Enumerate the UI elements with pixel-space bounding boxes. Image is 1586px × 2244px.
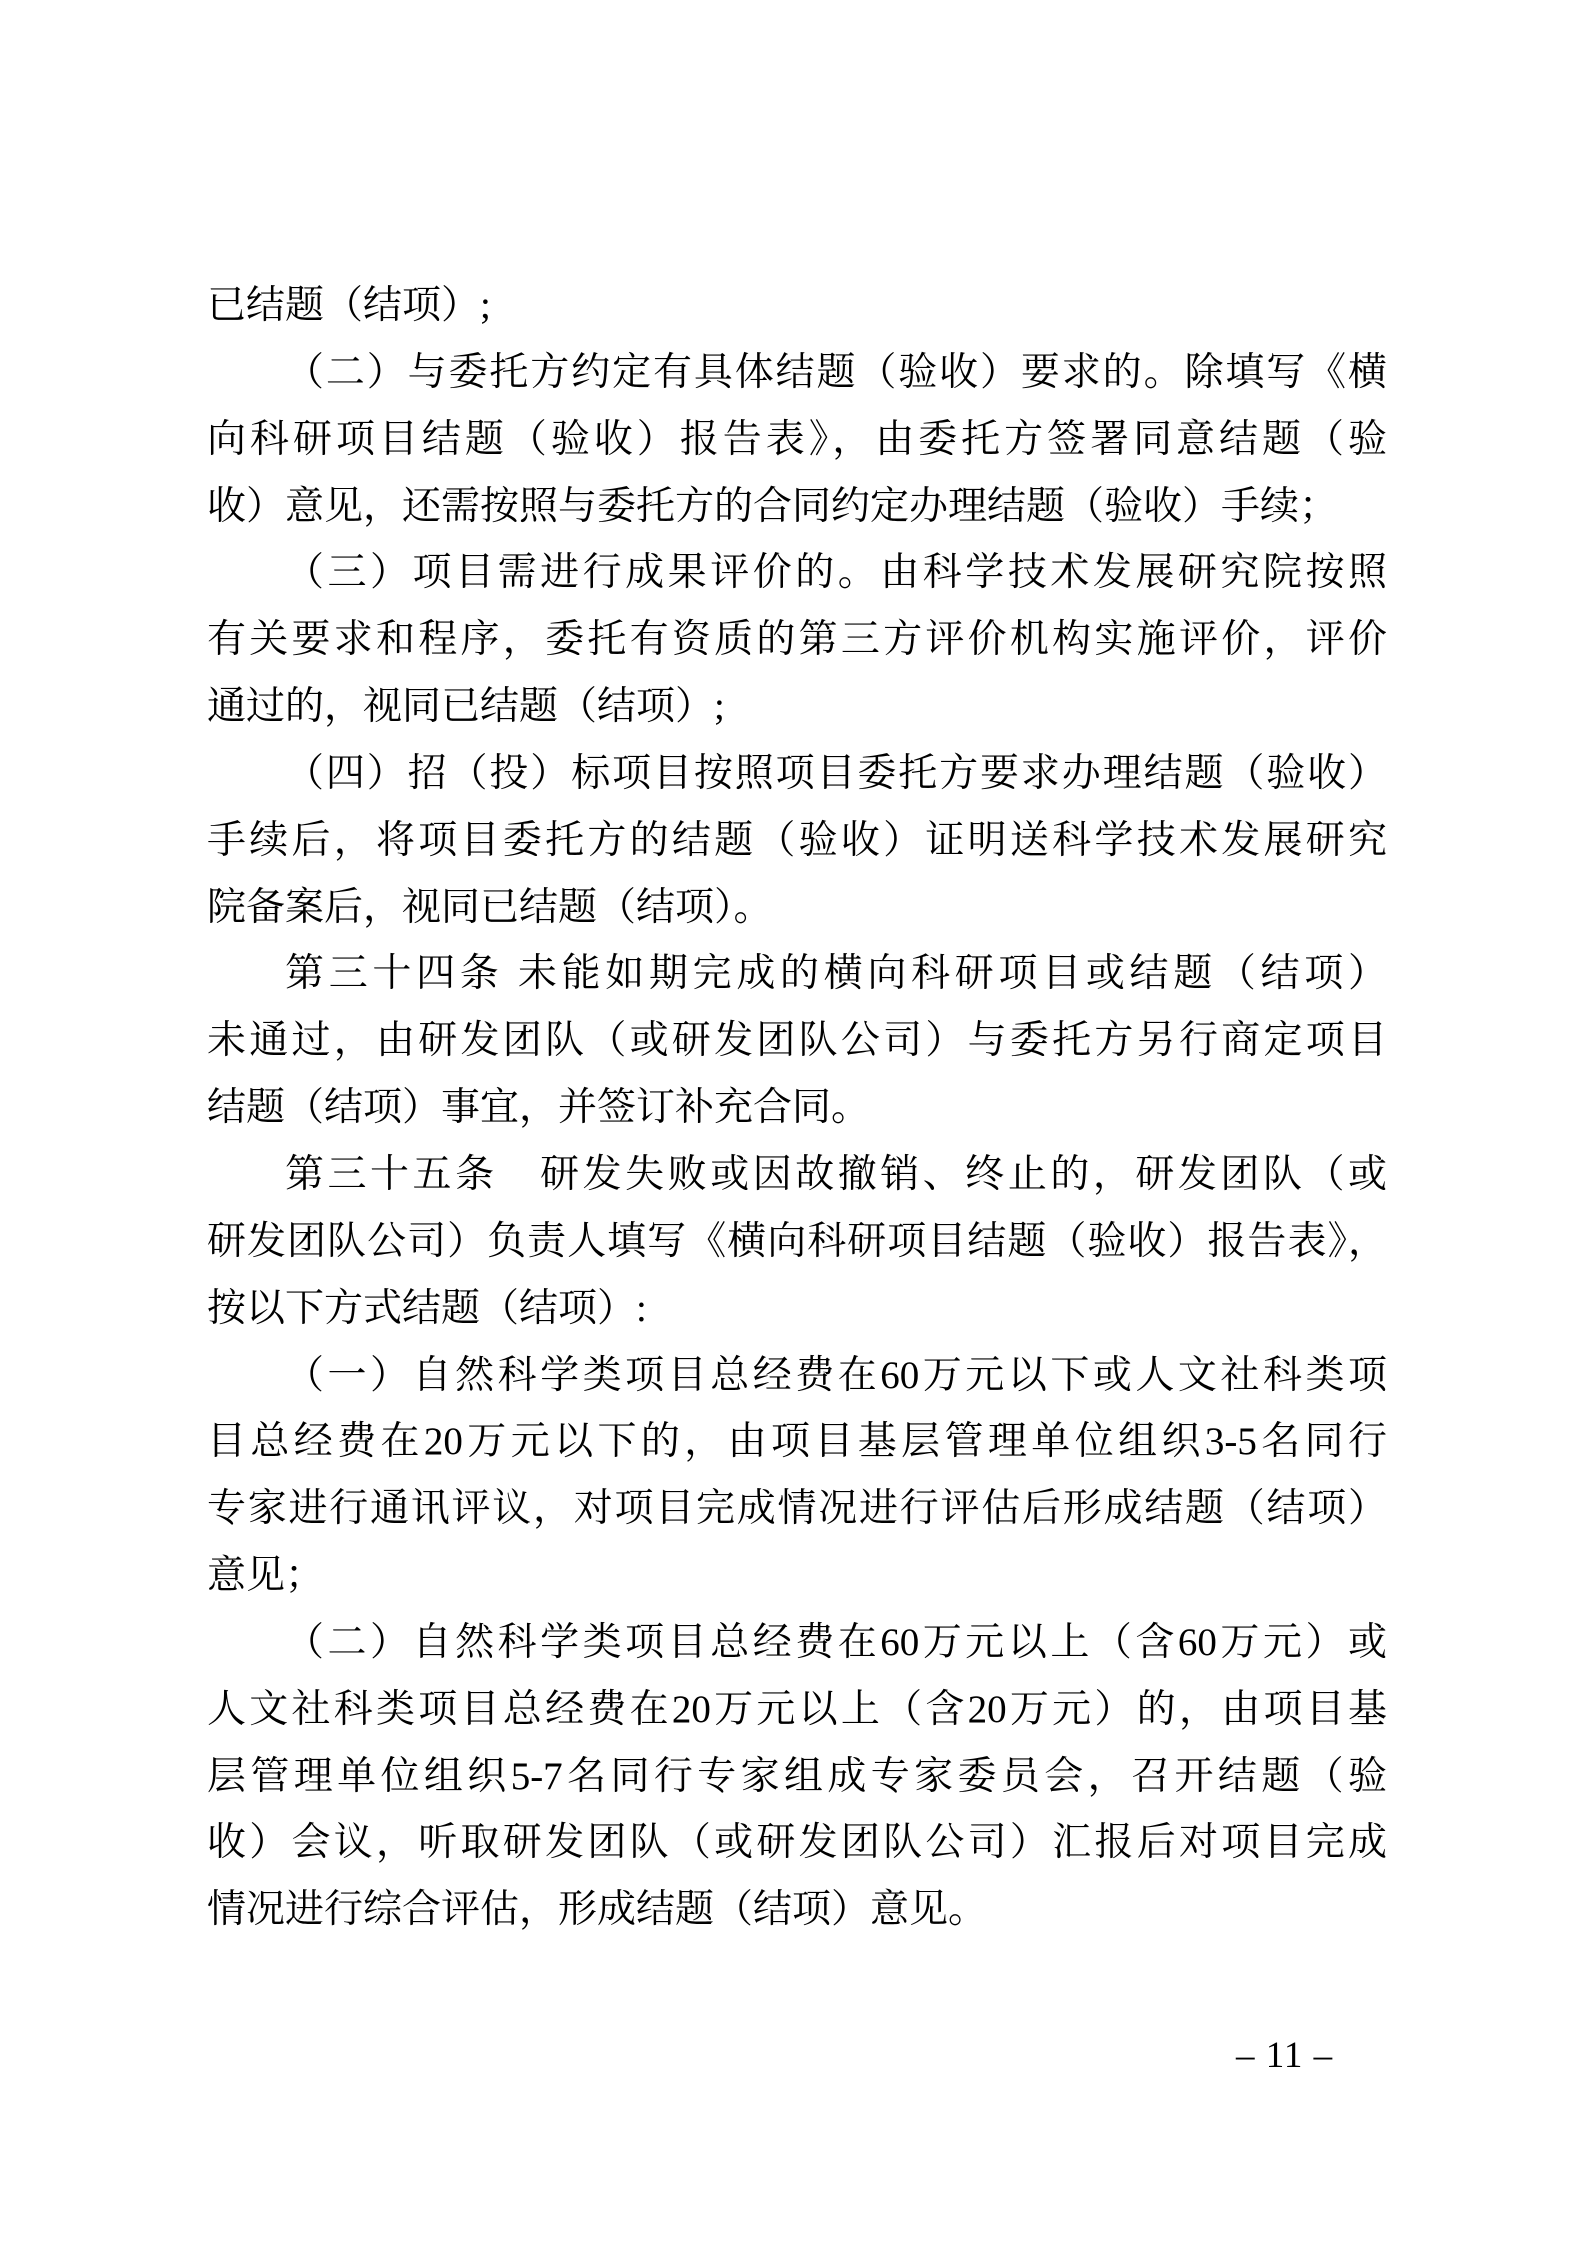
text-line: 向科研项目结题（验收）报告表》，由委托方签署同意结题（验	[207, 407, 1387, 474]
text-line: （二）与委托方约定有具体结题（验收）要求的。除填写《横	[207, 340, 1387, 407]
article-35-paragraph: 第三十五条 研发失败或因故撤销、终止的，研发团队（或研发团队公司）负责人填写《横…	[207, 1142, 1387, 1343]
text-line: 专家进行通讯评议，对项目完成情况进行评估后形成结题（结项）	[207, 1476, 1387, 1543]
text-line: （三）项目需进行成果评价的。由科学技术发展研究院按照	[207, 540, 1387, 607]
item-3-paragraph: （三）项目需进行成果评价的。由科学技术发展研究院按照有关要求和程序，委托有资质的…	[207, 540, 1387, 741]
text-line: 按以下方式结题（结项）:	[207, 1276, 1387, 1343]
text-line: 研发团队公司）负责人填写《横向科研项目结题（验收）报告表》，	[207, 1209, 1387, 1276]
text-line: 目总经费在20万元以下的，由项目基层管理单位组织3-5名同行	[207, 1409, 1387, 1476]
text-line: 院备案后，视同已结题（结项）。	[207, 875, 1387, 942]
item-1-paragraph: （一）自然科学类项目总经费在60万元以下或人文社科类项目总经费在20万元以下的，…	[207, 1343, 1387, 1610]
text-line: （二）自然科学类项目总经费在60万元以上（含60万元）或	[207, 1610, 1387, 1677]
text-line: 第三十五条 研发失败或因故撤销、终止的，研发团队（或	[207, 1142, 1387, 1209]
item-2b-paragraph: （二）自然科学类项目总经费在60万元以上（含60万元）或人文社科类项目总经费在2…	[207, 1610, 1387, 1944]
text-line: 结题（结项）事宜，并签订补充合同。	[207, 1075, 1387, 1142]
document-page: 已结题（结项）;（二）与委托方约定有具体结题（验收）要求的。除填写《横向科研项目…	[0, 0, 1586, 2244]
text-line: 第三十四条 未能如期完成的横向科研项目或结题（结项）	[207, 941, 1387, 1008]
document-body: 已结题（结项）;（二）与委托方约定有具体结题（验收）要求的。除填写《横向科研项目…	[207, 273, 1387, 1944]
text-line: 通过的，视同已结题（结项）;	[207, 674, 1387, 741]
text-line: 层管理单位组织5-7名同行专家组成专家委员会，召开结题（验	[207, 1744, 1387, 1811]
page-number: – 11 –	[1236, 2036, 1333, 2076]
text-line: 已结题（结项）;	[207, 273, 1387, 340]
article-34-paragraph: 第三十四条 未能如期完成的横向科研项目或结题（结项）未通过，由研发团队（或研发团…	[207, 941, 1387, 1142]
text-line: 未通过，由研发团队（或研发团队公司）与委托方另行商定项目	[207, 1008, 1387, 1075]
text-line: （四）招（投）标项目按照项目委托方要求办理结题（验收）	[207, 741, 1387, 808]
item-4-paragraph: （四）招（投）标项目按照项目委托方要求办理结题（验收）手续后，将项目委托方的结题…	[207, 741, 1387, 942]
text-line: 手续后，将项目委托方的结题（验收）证明送科学技术发展研究	[207, 808, 1387, 875]
text-line: 收）意见，还需按照与委托方的合同约定办理结题（验收）手续；	[207, 474, 1387, 541]
item-2-paragraph: （二）与委托方约定有具体结题（验收）要求的。除填写《横向科研项目结题（验收）报告…	[207, 340, 1387, 541]
text-line: 情况进行综合评估，形成结题（结项）意见。	[207, 1877, 1387, 1944]
text-line: 人文社科类项目总经费在20万元以上（含20万元）的，由项目基	[207, 1677, 1387, 1744]
text-line: 收）会议，听取研发团队（或研发团队公司）汇报后对项目完成	[207, 1810, 1387, 1877]
text-line: 有关要求和程序，委托有资质的第三方评价机构实施评价，评价	[207, 607, 1387, 674]
text-line: （一）自然科学类项目总经费在60万元以下或人文社科类项	[207, 1343, 1387, 1410]
text-line: 意见；	[207, 1543, 1387, 1610]
continuation-paragraph: 已结题（结项）;	[207, 273, 1387, 340]
